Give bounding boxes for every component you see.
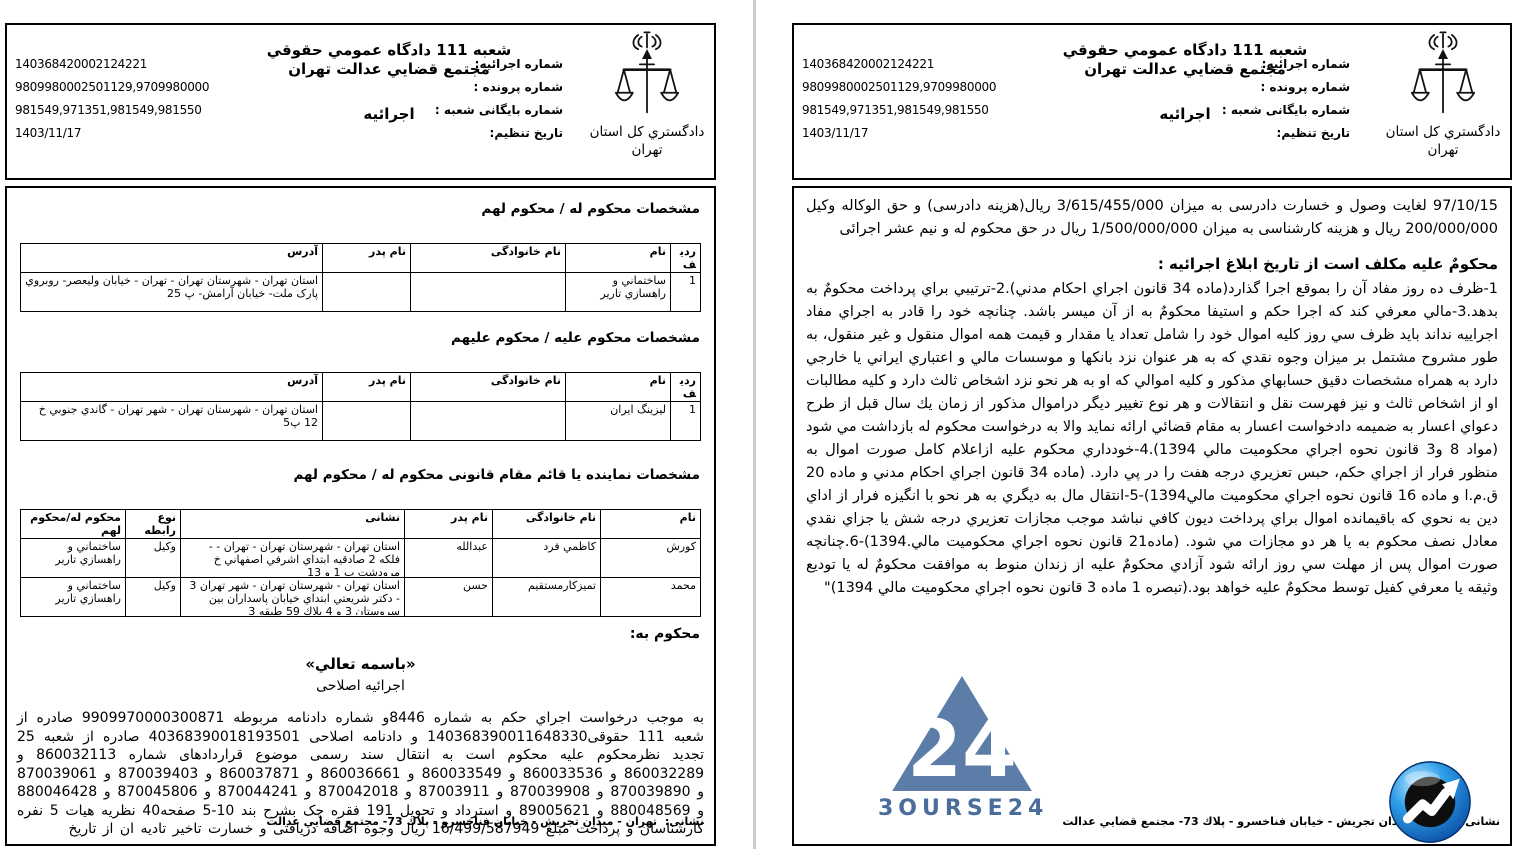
cell-row-number: 1 — [671, 402, 701, 441]
debtor-table-header-row: ردیف نام نام خانوادگی نام پدر آدرس — [21, 373, 701, 402]
issuing-authority: دادگستري كل استان تهران — [1380, 29, 1506, 158]
org-name-line2: تهران — [1380, 142, 1506, 158]
cell-last-name — [411, 273, 566, 312]
cell-address: استان تهران - شهرستان تهران - تهران - خي… — [21, 273, 323, 312]
header-number-fields: 140368420002124221 شماره اجرائيه: 980998… — [15, 57, 563, 149]
cell-row-number: 1 — [671, 273, 701, 312]
cell-first-name: محمد — [601, 578, 701, 617]
sentenced-to-label: محكوم به: — [21, 626, 700, 642]
judiciary-scales-icon — [615, 29, 679, 121]
col-relation-type: نوع رابطه — [126, 510, 181, 539]
case-number-label: شماره پرونده : — [474, 80, 563, 94]
cell-first-name: ساختماني و راهسازي تارير — [566, 273, 671, 312]
obligation-heading: محكومٌ عليه مكلف است از تاريخ ابلاغ اجرا… — [806, 255, 1498, 273]
col-first-name: نام — [566, 373, 671, 402]
creditor-section-title: مشخصات محكوم له / محكوم لهم — [7, 201, 714, 217]
archive-number-value: 981549,971351,981549,981550 — [15, 103, 202, 117]
cell-address: استان تهران - شهرستان تهران - تهران - - … — [181, 539, 405, 578]
header-number-fields: 140368420002124221 شماره اجرائيه: 980998… — [802, 57, 1350, 149]
cell-address: استان تهران - شهرستان تهران - شهر تهران … — [21, 402, 323, 441]
cell-first-name: ليزينگ ايران — [566, 402, 671, 441]
execution-number-label: شماره اجرائيه: — [1262, 57, 1350, 71]
basmala-heading: «باسمه تعالي» — [7, 655, 714, 673]
date-value: 1403/11/17 — [802, 126, 868, 140]
right-page-header-box: دادگستري كل استان تهران شعبه 111 دادگاه … — [792, 23, 1512, 180]
creditor-table-header-row: ردیف نام نام خانوادگی نام پدر آدرس — [21, 244, 701, 273]
bourse24-watermark: 24 3OURSE24 — [878, 676, 1046, 821]
representative-table-header-row: نام نام خانوادگی نام پدر نشانی نوع رابطه… — [21, 510, 701, 539]
date-label: تاریخ تنظیم: — [1277, 126, 1350, 140]
col-principal: محكوم له/محكوم لهم — [21, 510, 126, 539]
representative-row: محمد تميزكارمستقيم حسن استان تهران - شهر… — [21, 578, 701, 617]
debtor-table: ردیف نام نام خانوادگی نام پدر آدرس 1 ليز… — [20, 372, 701, 441]
case-number-value: 9809980002501129,9709980000 — [15, 80, 209, 94]
field-case-number: 9809980002501129,9709980000 شماره پرونده… — [802, 80, 1350, 94]
legal-obligations-text: 1-ظرف ده روز مفاد آن را بموقع اجرا گذارد… — [806, 278, 1498, 600]
case-number-value: 9809980002501129,9709980000 — [802, 80, 996, 94]
corrective-writ-subheading: اجرائيه اصلاحی — [7, 678, 714, 694]
cell-last-name — [411, 402, 566, 441]
cell-address: استان تهران - شهرستان تهران - شهر تهران … — [181, 578, 405, 617]
field-date: 1403/11/17 تاریخ تنظیم: — [802, 126, 1350, 140]
cell-father-name: حسن — [405, 578, 493, 617]
date-value: 1403/11/17 — [15, 126, 81, 140]
page-footer: نشانی: تهران - ميدان تجريش - خيابان فناخ… — [17, 815, 704, 828]
page-divider — [753, 0, 756, 849]
execution-number-value: 140368420002124221 — [802, 57, 934, 71]
col-last-name: نام خانوادگی — [411, 244, 566, 273]
right-page-content-box: 97/10/15 لغايت وصول و خسارت دادرسی به مي… — [792, 186, 1512, 846]
representative-section-title: مشخصات نماينده يا قائم مقام قانونی محكوم… — [7, 467, 714, 483]
cell-first-name: كورش — [601, 539, 701, 578]
cell-principal: ساختماني و راهسازي تارير — [21, 578, 126, 617]
col-address: آدرس — [21, 244, 323, 273]
cell-last-name: كاظمي فرد — [493, 539, 601, 578]
archive-number-value: 981549,971351,981549,981550 — [802, 103, 989, 117]
col-first-name: نام — [566, 244, 671, 273]
bourse24-triangle-icon: 24 — [890, 676, 1034, 791]
col-row-number: ردیف — [671, 373, 701, 402]
cell-father-name — [323, 273, 411, 312]
creditor-row: 1 ساختماني و راهسازي تارير استان تهران -… — [21, 273, 701, 312]
case-number-label: شماره پرونده : — [1261, 80, 1350, 94]
left-page-content-box: مشخصات محكوم له / محكوم لهم ردیف نام نام… — [5, 186, 716, 846]
col-address: آدرس — [21, 373, 323, 402]
representative-row: كورش كاظمي فرد عبدالله استان تهران - شهر… — [21, 539, 701, 578]
stock-arrow-circle-logo — [1388, 760, 1472, 844]
field-archive-number: 981549,971351,981549,981550 شماره بایگان… — [15, 103, 563, 117]
document-scan: دادگستري كل استان تهران شعبه 111 دادگاه … — [0, 0, 1519, 849]
svg-text:24: 24 — [907, 703, 1017, 791]
creditor-table: ردیف نام نام خانوادگی نام پدر آدرس 1 ساخ… — [20, 243, 701, 312]
field-execution-number: 140368420002124221 شماره اجرائيه: — [15, 57, 563, 71]
execution-number-label: شماره اجرائيه: — [475, 57, 563, 71]
debtor-section-title: مشخصات محكوم عليه / محكوم عليهم — [7, 330, 714, 346]
costs-paragraph: 97/10/15 لغايت وصول و خسارت دادرسی به مي… — [806, 195, 1498, 241]
judiciary-scales-icon — [1411, 29, 1475, 121]
org-name-line1: دادگستري كل استان — [1380, 124, 1506, 140]
address-footer-label: نشانی: — [665, 815, 704, 828]
archive-number-label: شماره بایگانی شعبه : — [435, 103, 563, 117]
field-archive-number: 981549,971351,981549,981550 شماره بایگان… — [802, 103, 1350, 117]
field-case-number: 9809980002501129,9709980000 شماره پرونده… — [15, 80, 563, 94]
cell-relation-type: وكيل — [126, 578, 181, 617]
col-last-name: نام خانوادگی — [411, 373, 566, 402]
org-name-line2: تهران — [584, 142, 710, 158]
date-label: تاریخ تنظیم: — [490, 126, 563, 140]
debtor-row: 1 ليزينگ ايران استان تهران - شهرستان تهر… — [21, 402, 701, 441]
cell-last-name: تميزكارمستقيم — [493, 578, 601, 617]
col-address: نشانی — [181, 510, 405, 539]
col-first-name: نام — [601, 510, 701, 539]
representative-table: نام نام خانوادگی نام پدر نشانی نوع رابطه… — [20, 509, 701, 617]
left-page-header-box: دادگستري كل استان تهران شعبه 111 دادگاه … — [5, 23, 716, 180]
cell-father-name: عبدالله — [405, 539, 493, 578]
cell-relation-type: وكيل — [126, 539, 181, 578]
org-name-line1: دادگستري كل استان — [584, 124, 710, 140]
col-father-name: نام پدر — [323, 373, 411, 402]
field-date: 1403/11/17 تاریخ تنظیم: — [15, 126, 563, 140]
cell-principal: ساختماني و راهسازي تارير — [21, 539, 126, 578]
col-last-name: نام خانوادگی — [493, 510, 601, 539]
address-footer-text: تهران - ميدان تجريش - خيابان فناخسرو - پ… — [266, 815, 657, 828]
bourse24-wordmark: 3OURSE24 — [878, 796, 1046, 821]
cell-father-name — [323, 402, 411, 441]
col-father-name: نام پدر — [323, 244, 411, 273]
field-execution-number: 140368420002124221 شماره اجرائيه: — [802, 57, 1350, 71]
col-father-name: نام پدر — [405, 510, 493, 539]
archive-number-label: شماره بایگانی شعبه : — [1222, 103, 1350, 117]
execution-number-value: 140368420002124221 — [15, 57, 147, 71]
issuing-authority: دادگستري كل استان تهران — [584, 29, 710, 158]
col-row-number: ردیف — [671, 244, 701, 273]
